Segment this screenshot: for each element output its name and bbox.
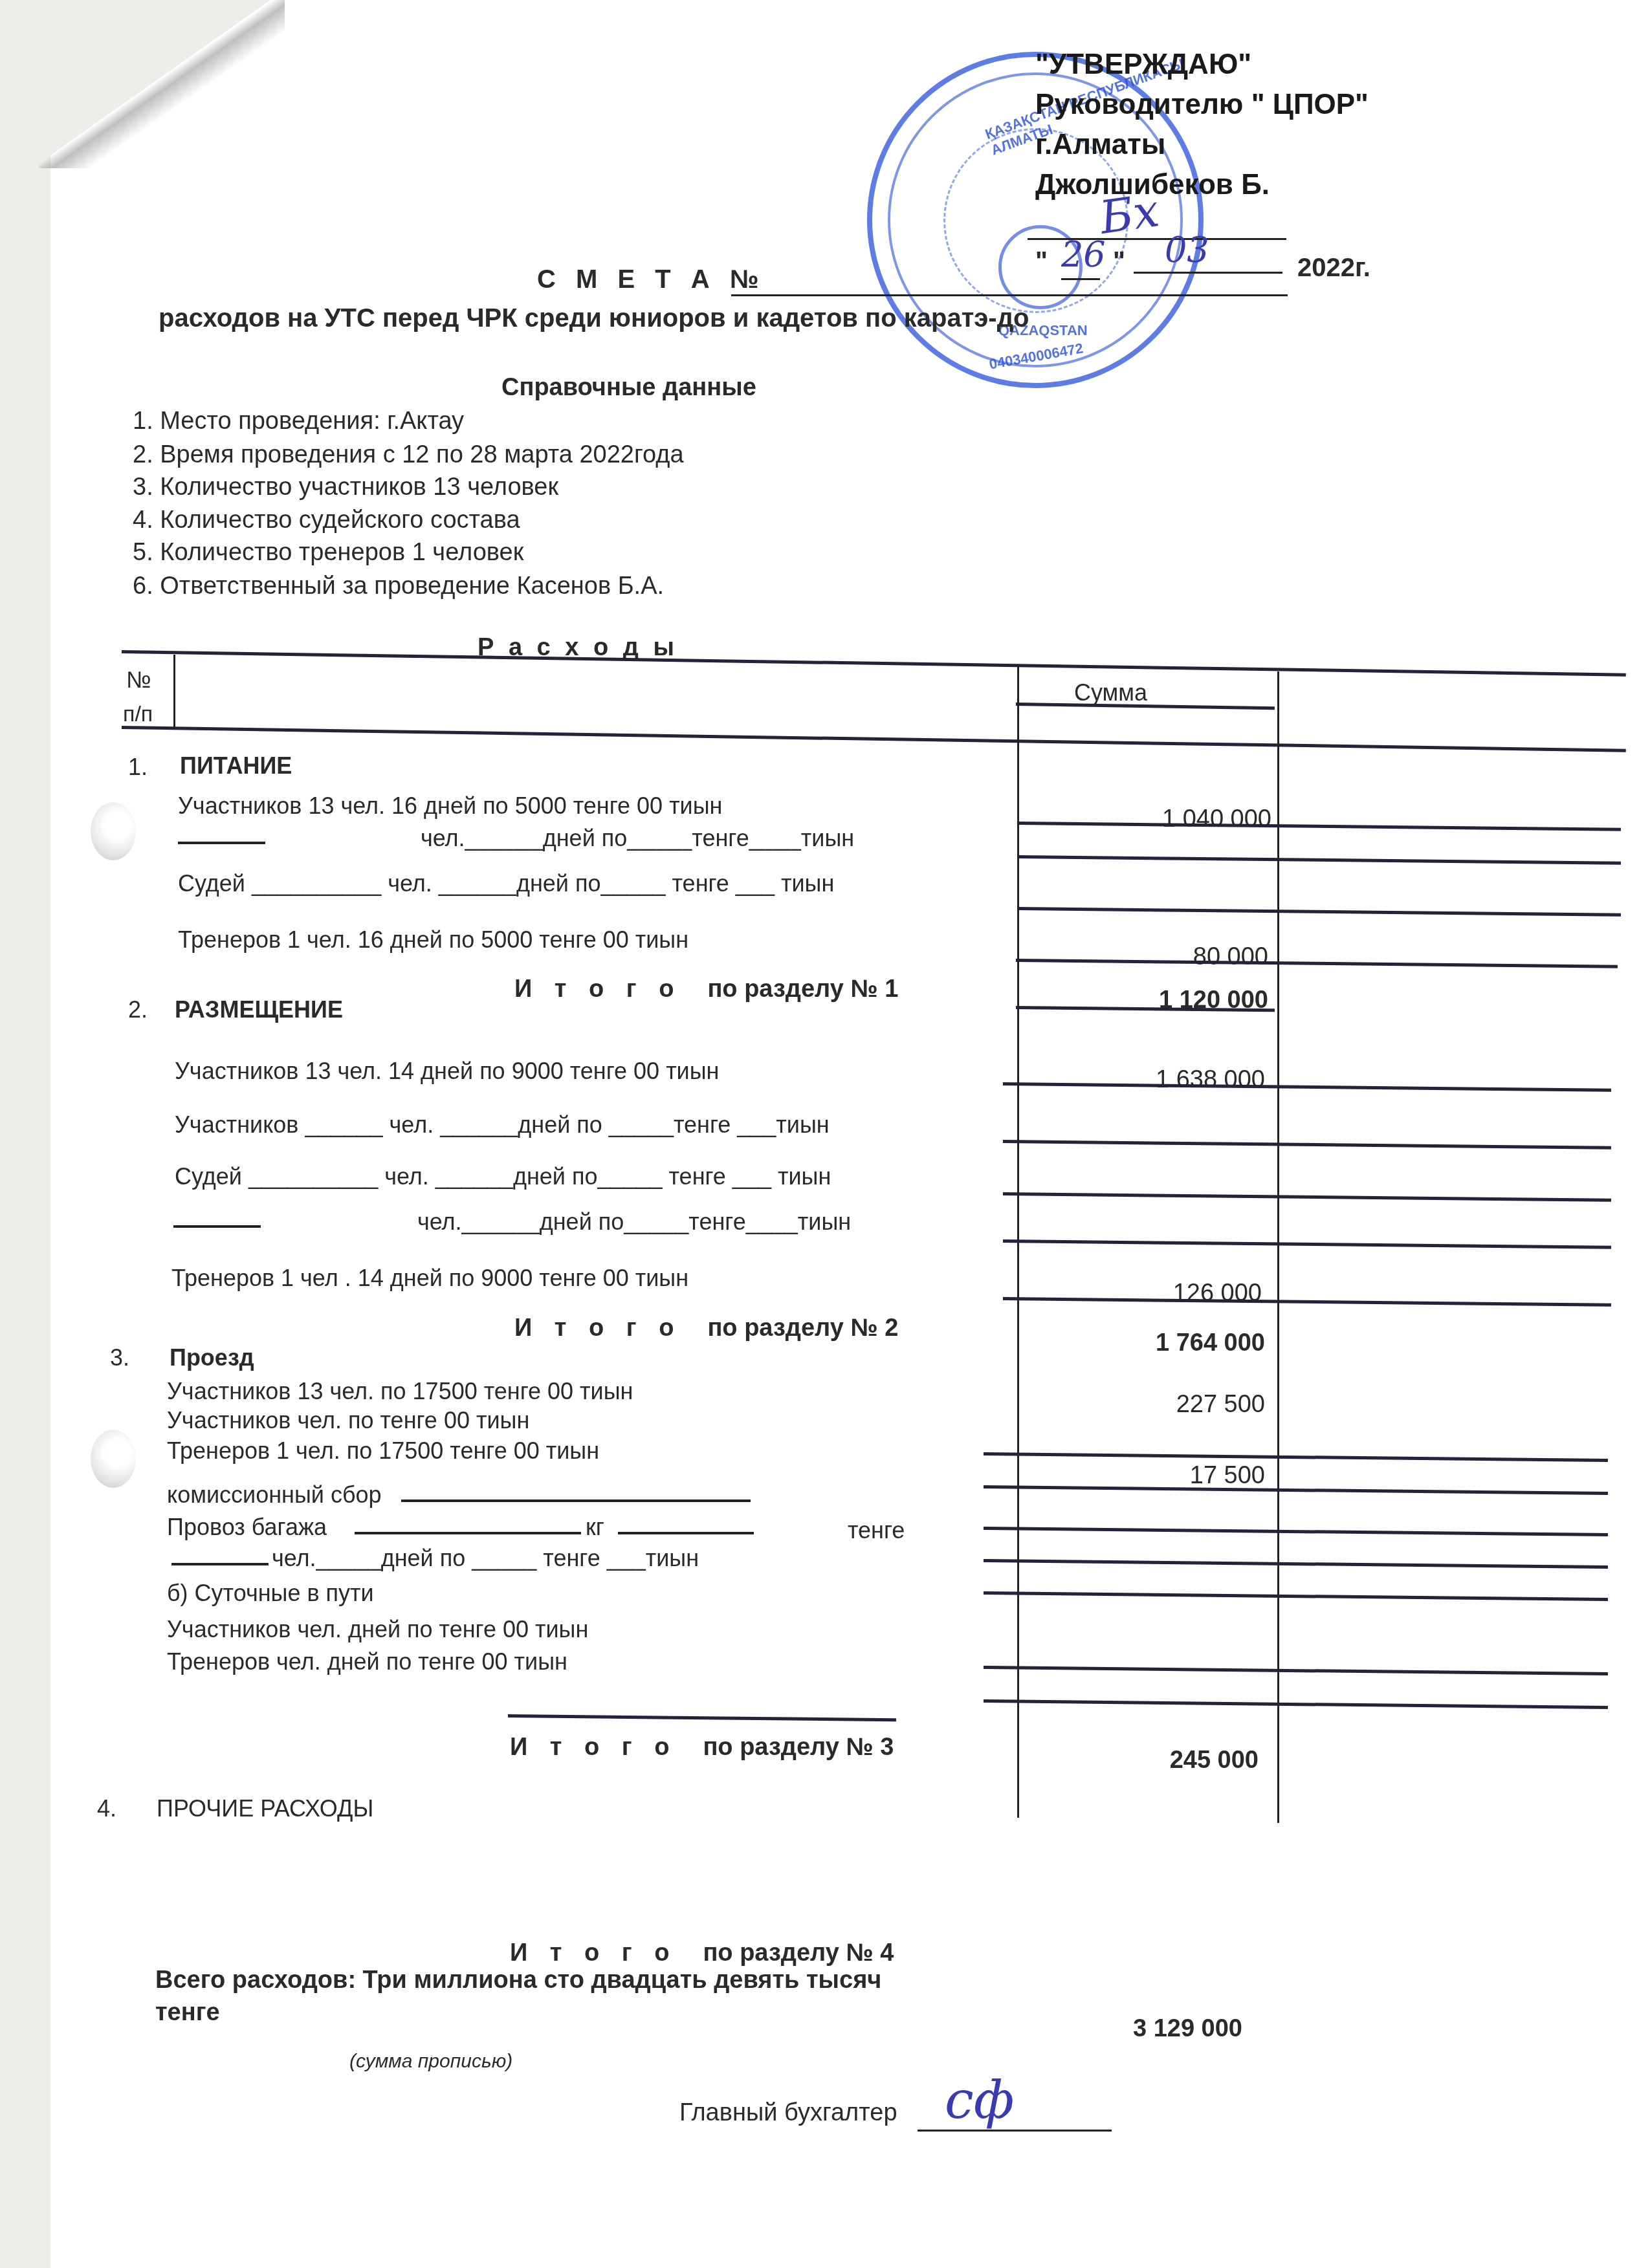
unit-tenge: тенге xyxy=(848,1517,905,1544)
punch-hole xyxy=(91,1430,136,1488)
date-quote-open: " xyxy=(1035,247,1048,276)
expense-row: чел._____дней по _____ тенге ___тиын xyxy=(272,1545,699,1572)
approval-line-3: г.Алматы xyxy=(1035,125,1369,166)
expense-row: Судей __________ чел. ______дней по_____… xyxy=(178,870,834,897)
grand-total-amount: 3 129 000 xyxy=(984,2015,1242,2043)
expense-row: комиссионный сбор xyxy=(167,1481,382,1509)
section-ref: по разделу № 1 xyxy=(707,976,898,1003)
reference-title: Справочные данные xyxy=(501,374,756,402)
director-signature: Бх xyxy=(1097,184,1162,245)
section-total-amount: 1 764 000 xyxy=(1006,1329,1265,1357)
expense-row: Участников чел. по тенге 00 тиын xyxy=(167,1407,529,1434)
expense-amount: 80 000 xyxy=(1009,943,1268,971)
section-total-label: И т о г опо разделу № 3 xyxy=(510,1734,894,1761)
section-title: ПИТАНИЕ xyxy=(180,752,292,780)
date-day: 26 xyxy=(1061,234,1106,275)
section-total-amount: 245 000 xyxy=(1000,1747,1259,1774)
section-title: ПРОЧИЕ РАСХОДЫ xyxy=(157,1795,373,1822)
document-subtitle: расходов на УТС перед ЧРК среди юниоров … xyxy=(159,304,1029,333)
section-ref: по разделу № 2 xyxy=(707,1314,898,1342)
section-total-label: И т о г опо разделу № 1 xyxy=(514,976,898,1003)
col-sum-right-border xyxy=(1277,671,1279,1823)
approval-line-1: "УТВЕРЖДАЮ" xyxy=(1035,45,1369,85)
sum-in-words-hint: (сумма прописью) xyxy=(349,2051,512,2073)
reference-item: 5. Количество тренеров 1 человек xyxy=(133,539,523,567)
section-number: 4. xyxy=(97,1795,116,1822)
grand-total-label-line2: тенге xyxy=(155,1999,220,2027)
approval-line-4: Джолшибеков Б. xyxy=(1035,166,1369,206)
reference-item: 4. Количество судейского состава xyxy=(133,507,520,534)
expense-row: Участников ______ чел. ______дней по ___… xyxy=(175,1111,830,1139)
date-month: 03 xyxy=(1165,230,1209,270)
blank-field xyxy=(401,1489,751,1505)
section-number: 2. xyxy=(128,996,148,1023)
blank-field xyxy=(355,1521,581,1538)
date-year: 2022г. xyxy=(1297,254,1370,283)
expense-amount: 126 000 xyxy=(1003,1280,1262,1307)
expense-row: Провоз багажа xyxy=(167,1514,327,1541)
reference-item: 6. Ответственный за проведение Касенов Б… xyxy=(133,572,664,600)
approval-line-2: Руководителю " ЦПОР" xyxy=(1035,85,1369,125)
itogo-label: И т о г о xyxy=(510,1939,677,1967)
expense-row: Тренеров чел. дней по тенге 00 тиын xyxy=(167,1648,567,1675)
itogo-label: И т о г о xyxy=(510,1734,677,1761)
accountant-signature: сф xyxy=(945,2070,1014,2130)
blank-field xyxy=(171,1553,269,1569)
expense-row: Тренеров 1 чел. 16 дней по 5000 тенге 00… xyxy=(178,926,688,954)
blank-field xyxy=(178,831,265,847)
approval-block: "УТВЕРЖДАЮ" Руководителю " ЦПОР" г.Алмат… xyxy=(1035,45,1369,206)
expense-row: Судей __________ чел. ______дней по_____… xyxy=(175,1163,831,1190)
expense-row: Участников чел. дней по тенге 00 тиын xyxy=(167,1616,588,1643)
blank-field xyxy=(618,1521,754,1538)
unit-kg: кг xyxy=(586,1514,604,1541)
section-number: 3. xyxy=(110,1344,129,1371)
expense-row: Участников 13 чел. 16 дней по 5000 тенге… xyxy=(178,792,722,820)
expense-row: Участников 13 чел. по 17500 тенге 00 тиы… xyxy=(167,1378,633,1405)
section-title: РАЗМЕЩЕНИЕ xyxy=(175,996,343,1023)
reference-item: 1. Место проведения: г.Актау xyxy=(133,408,464,435)
section-total-label: И т о г опо разделу № 2 xyxy=(514,1314,898,1342)
col-no-divider xyxy=(173,655,175,729)
punch-hole xyxy=(91,802,136,860)
expense-amount: 227 500 xyxy=(1006,1391,1265,1419)
expense-row: чел.______дней по_____тенге____тиын xyxy=(421,825,854,852)
document-title: С М Е Т А № xyxy=(537,265,765,294)
grand-total-label: Всего расходов: Три миллиона сто двадцат… xyxy=(155,1967,881,1994)
stamp-number: 040340006472 xyxy=(988,340,1084,373)
reference-item: 3. Количество участников 13 человек xyxy=(133,474,558,501)
expense-row: Участников 13 чел. 14 дней по 9000 тенге… xyxy=(175,1058,719,1085)
col-header-sum: Сумма xyxy=(1074,679,1147,706)
reference-item: 2. Время проведения с 12 по 28 марта 202… xyxy=(133,441,684,469)
section-title: Проезд xyxy=(170,1344,254,1371)
itogo-label: И т о г о xyxy=(514,1314,681,1342)
itogo-label: И т о г о xyxy=(514,976,681,1003)
expense-row: б) Суточные в пути xyxy=(167,1580,374,1607)
section-total-label: И т о г опо разделу № 4 xyxy=(510,1939,894,1967)
date-day-line xyxy=(1061,278,1100,280)
accountant-label: Главный бухгалтер xyxy=(679,2099,897,2127)
expense-row: чел.______дней по_____тенге____тиын xyxy=(417,1208,851,1236)
blank-field xyxy=(173,1215,261,1231)
col-header-no: № xyxy=(126,666,151,693)
smeta-number-line xyxy=(731,294,1288,296)
date-month-line xyxy=(1134,272,1282,274)
col-header-pp: п/п xyxy=(123,702,153,727)
expense-row: Тренеров 1 чел . 14 дней по 9000 тенге 0… xyxy=(171,1265,688,1292)
date-quote-close: " xyxy=(1113,247,1125,276)
section-ref: по разделу № 3 xyxy=(703,1734,894,1761)
expense-amount: 1 040 000 xyxy=(1013,805,1271,833)
expense-row: Тренеров 1 чел. по 17500 тенге 00 тиын xyxy=(167,1437,599,1465)
section-number: 1. xyxy=(128,754,148,781)
section-ref: по разделу № 4 xyxy=(703,1939,894,1967)
expense-amount: 1 638 000 xyxy=(1006,1066,1265,1094)
